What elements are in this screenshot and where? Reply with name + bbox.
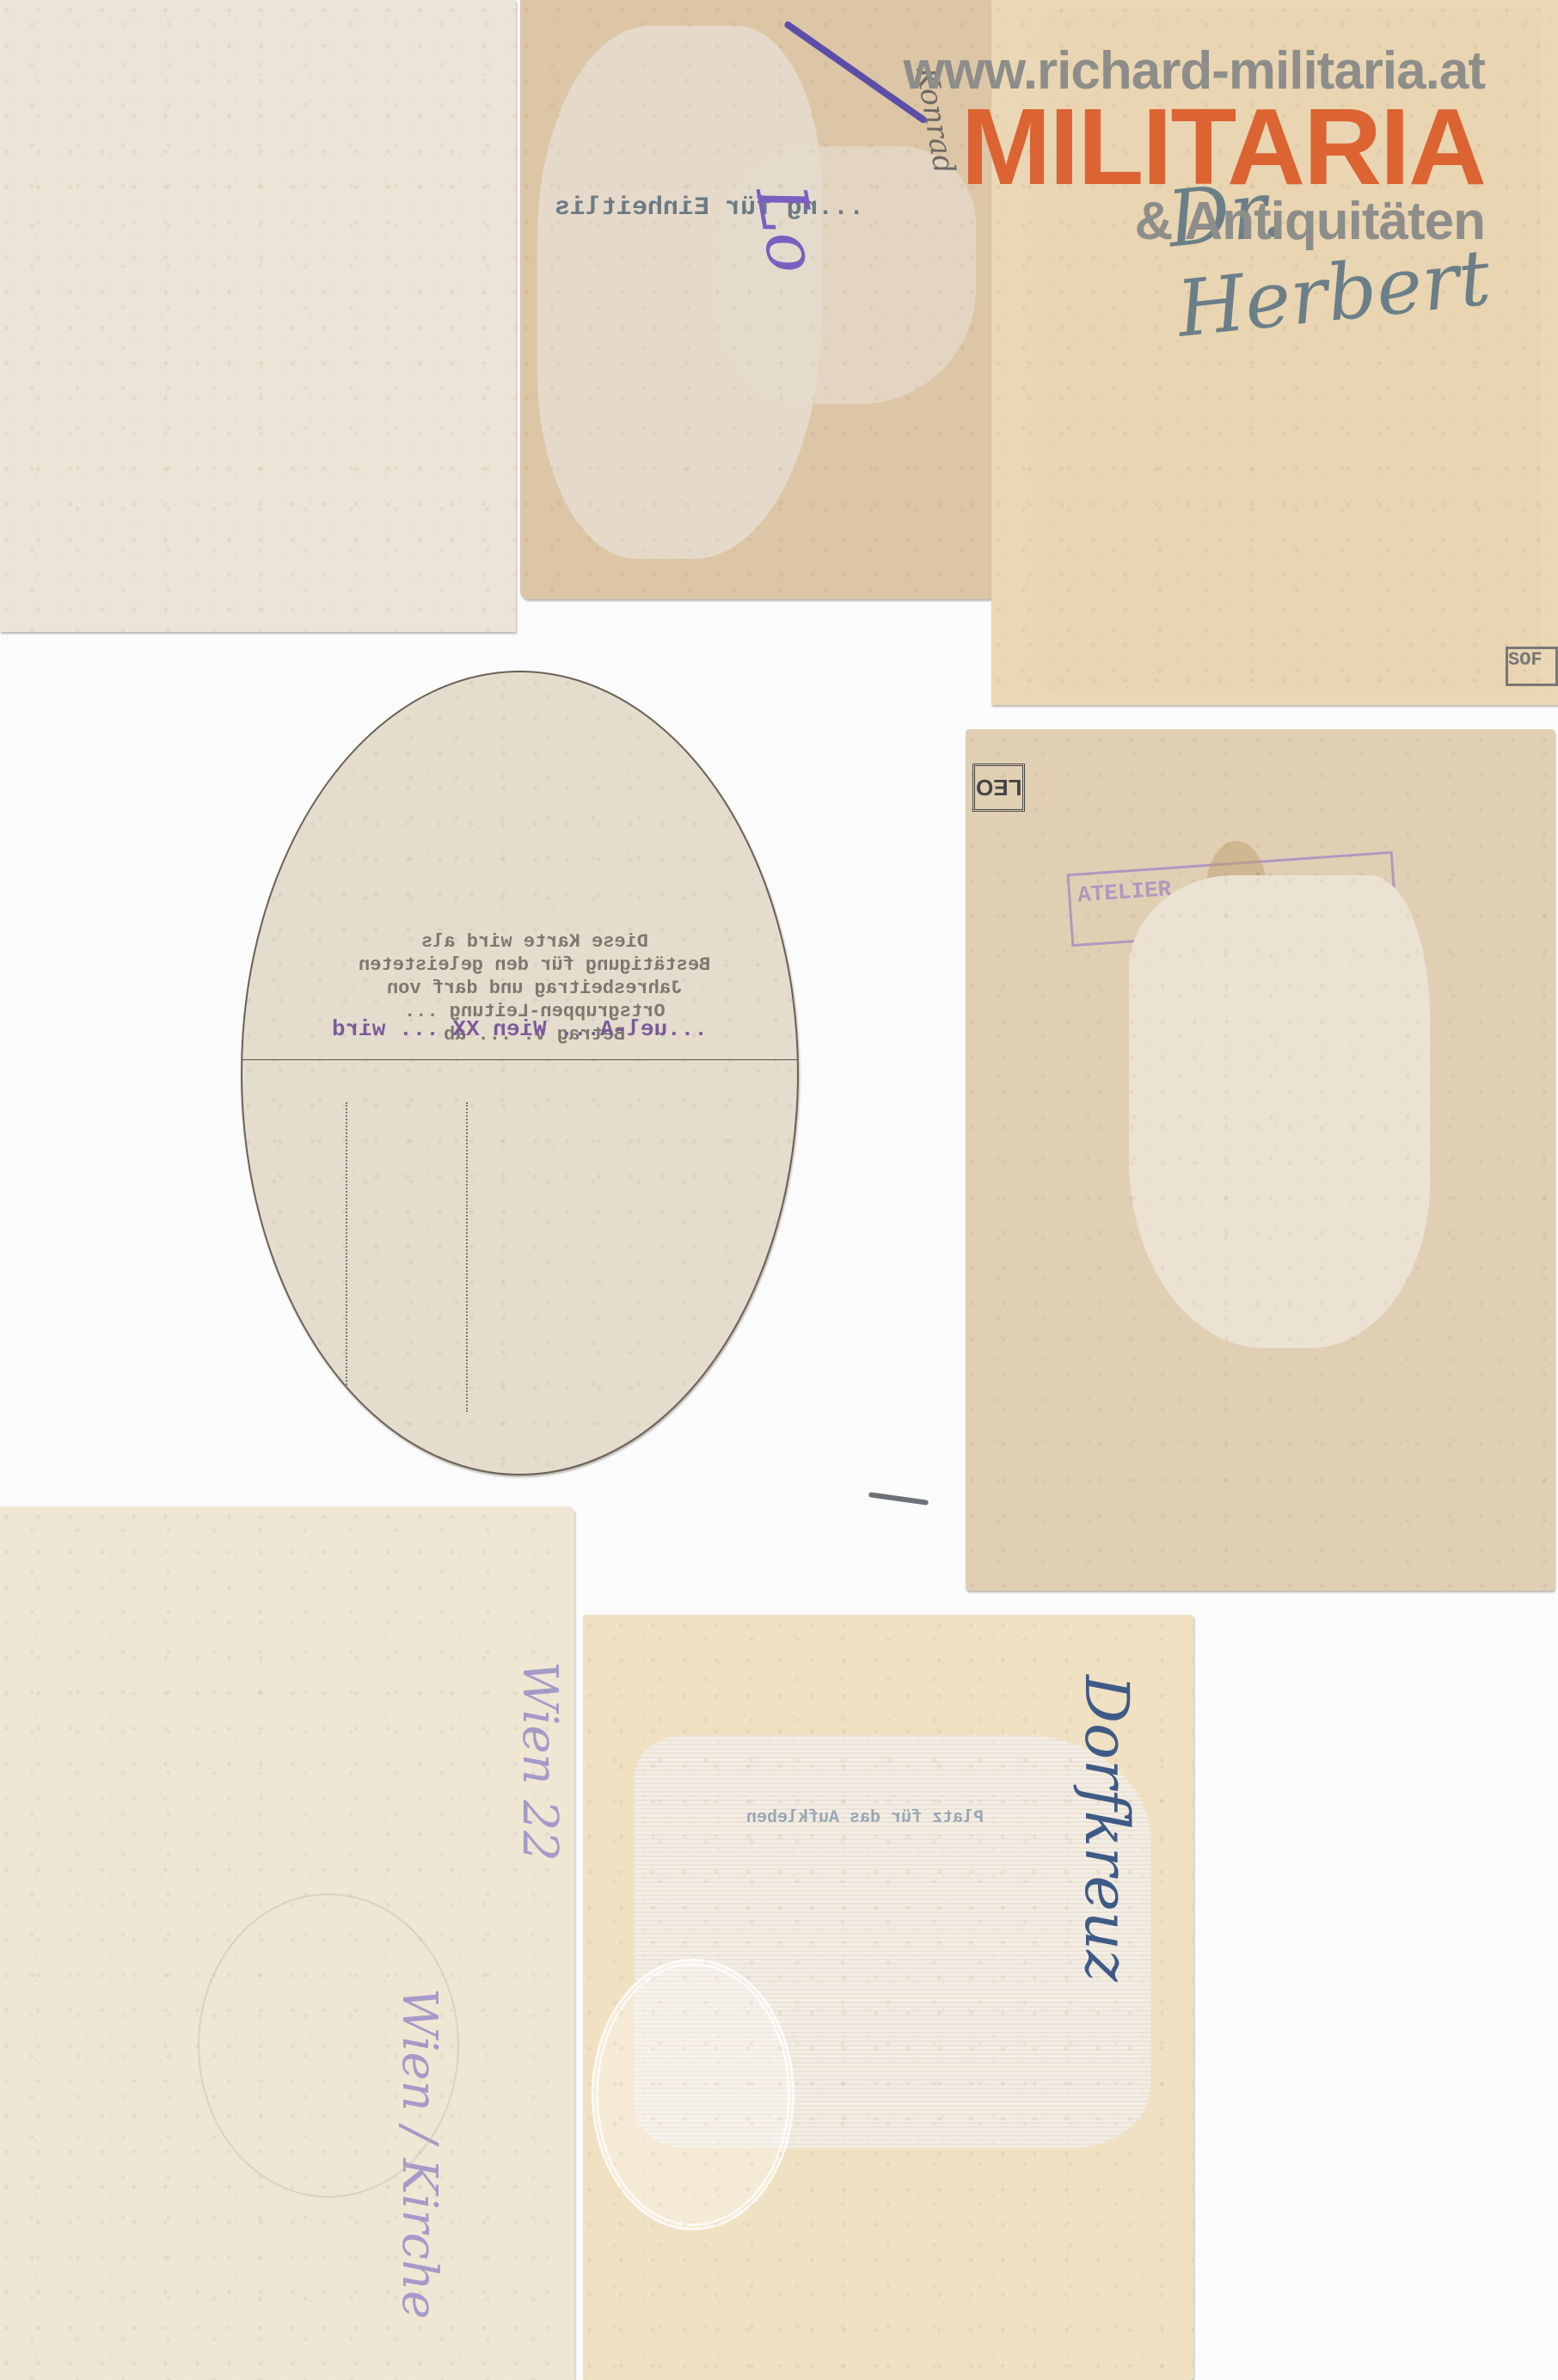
photo-card-embossed: Platz für das Aufkleben Dorfkreuz xyxy=(583,1615,1193,2380)
mirrored-stamp: ...uel-A... Wien XX ... wird xyxy=(242,1016,797,1042)
watermark: www.richard-militaria.at MILITARIA & Ant… xyxy=(903,45,1485,248)
crayon-scribble: Lo xyxy=(740,180,834,279)
stamp-fragment: SOF xyxy=(1506,647,1558,686)
embossed-seal xyxy=(592,1959,794,2230)
corner-logo: LEO xyxy=(972,764,1025,812)
photo-card-pencil: Wien 22 Wien / Kirche xyxy=(0,1506,574,2380)
fold-line xyxy=(242,1059,797,1060)
ink-handwriting: Dorfkreuz xyxy=(1071,1675,1142,1982)
photo-card-oval: Diese Karte wird als Bestätigung für den… xyxy=(241,671,799,1475)
photo-card-blank xyxy=(0,0,516,632)
peeled-paper xyxy=(1129,875,1430,1348)
pencil-handwriting: Wien 22 xyxy=(512,1661,567,1862)
watermark-brand: MILITARIA xyxy=(903,98,1485,195)
paper-scrap xyxy=(868,1492,929,1506)
mirrored-printed-text: Platz für das Aufkleben xyxy=(746,1808,984,1828)
embossed-seal xyxy=(198,1893,459,2198)
perforation xyxy=(346,1102,347,1412)
photo-card-stamped: LEO ATELIER ... Wien xyxy=(966,729,1555,1591)
perforation xyxy=(466,1102,468,1412)
